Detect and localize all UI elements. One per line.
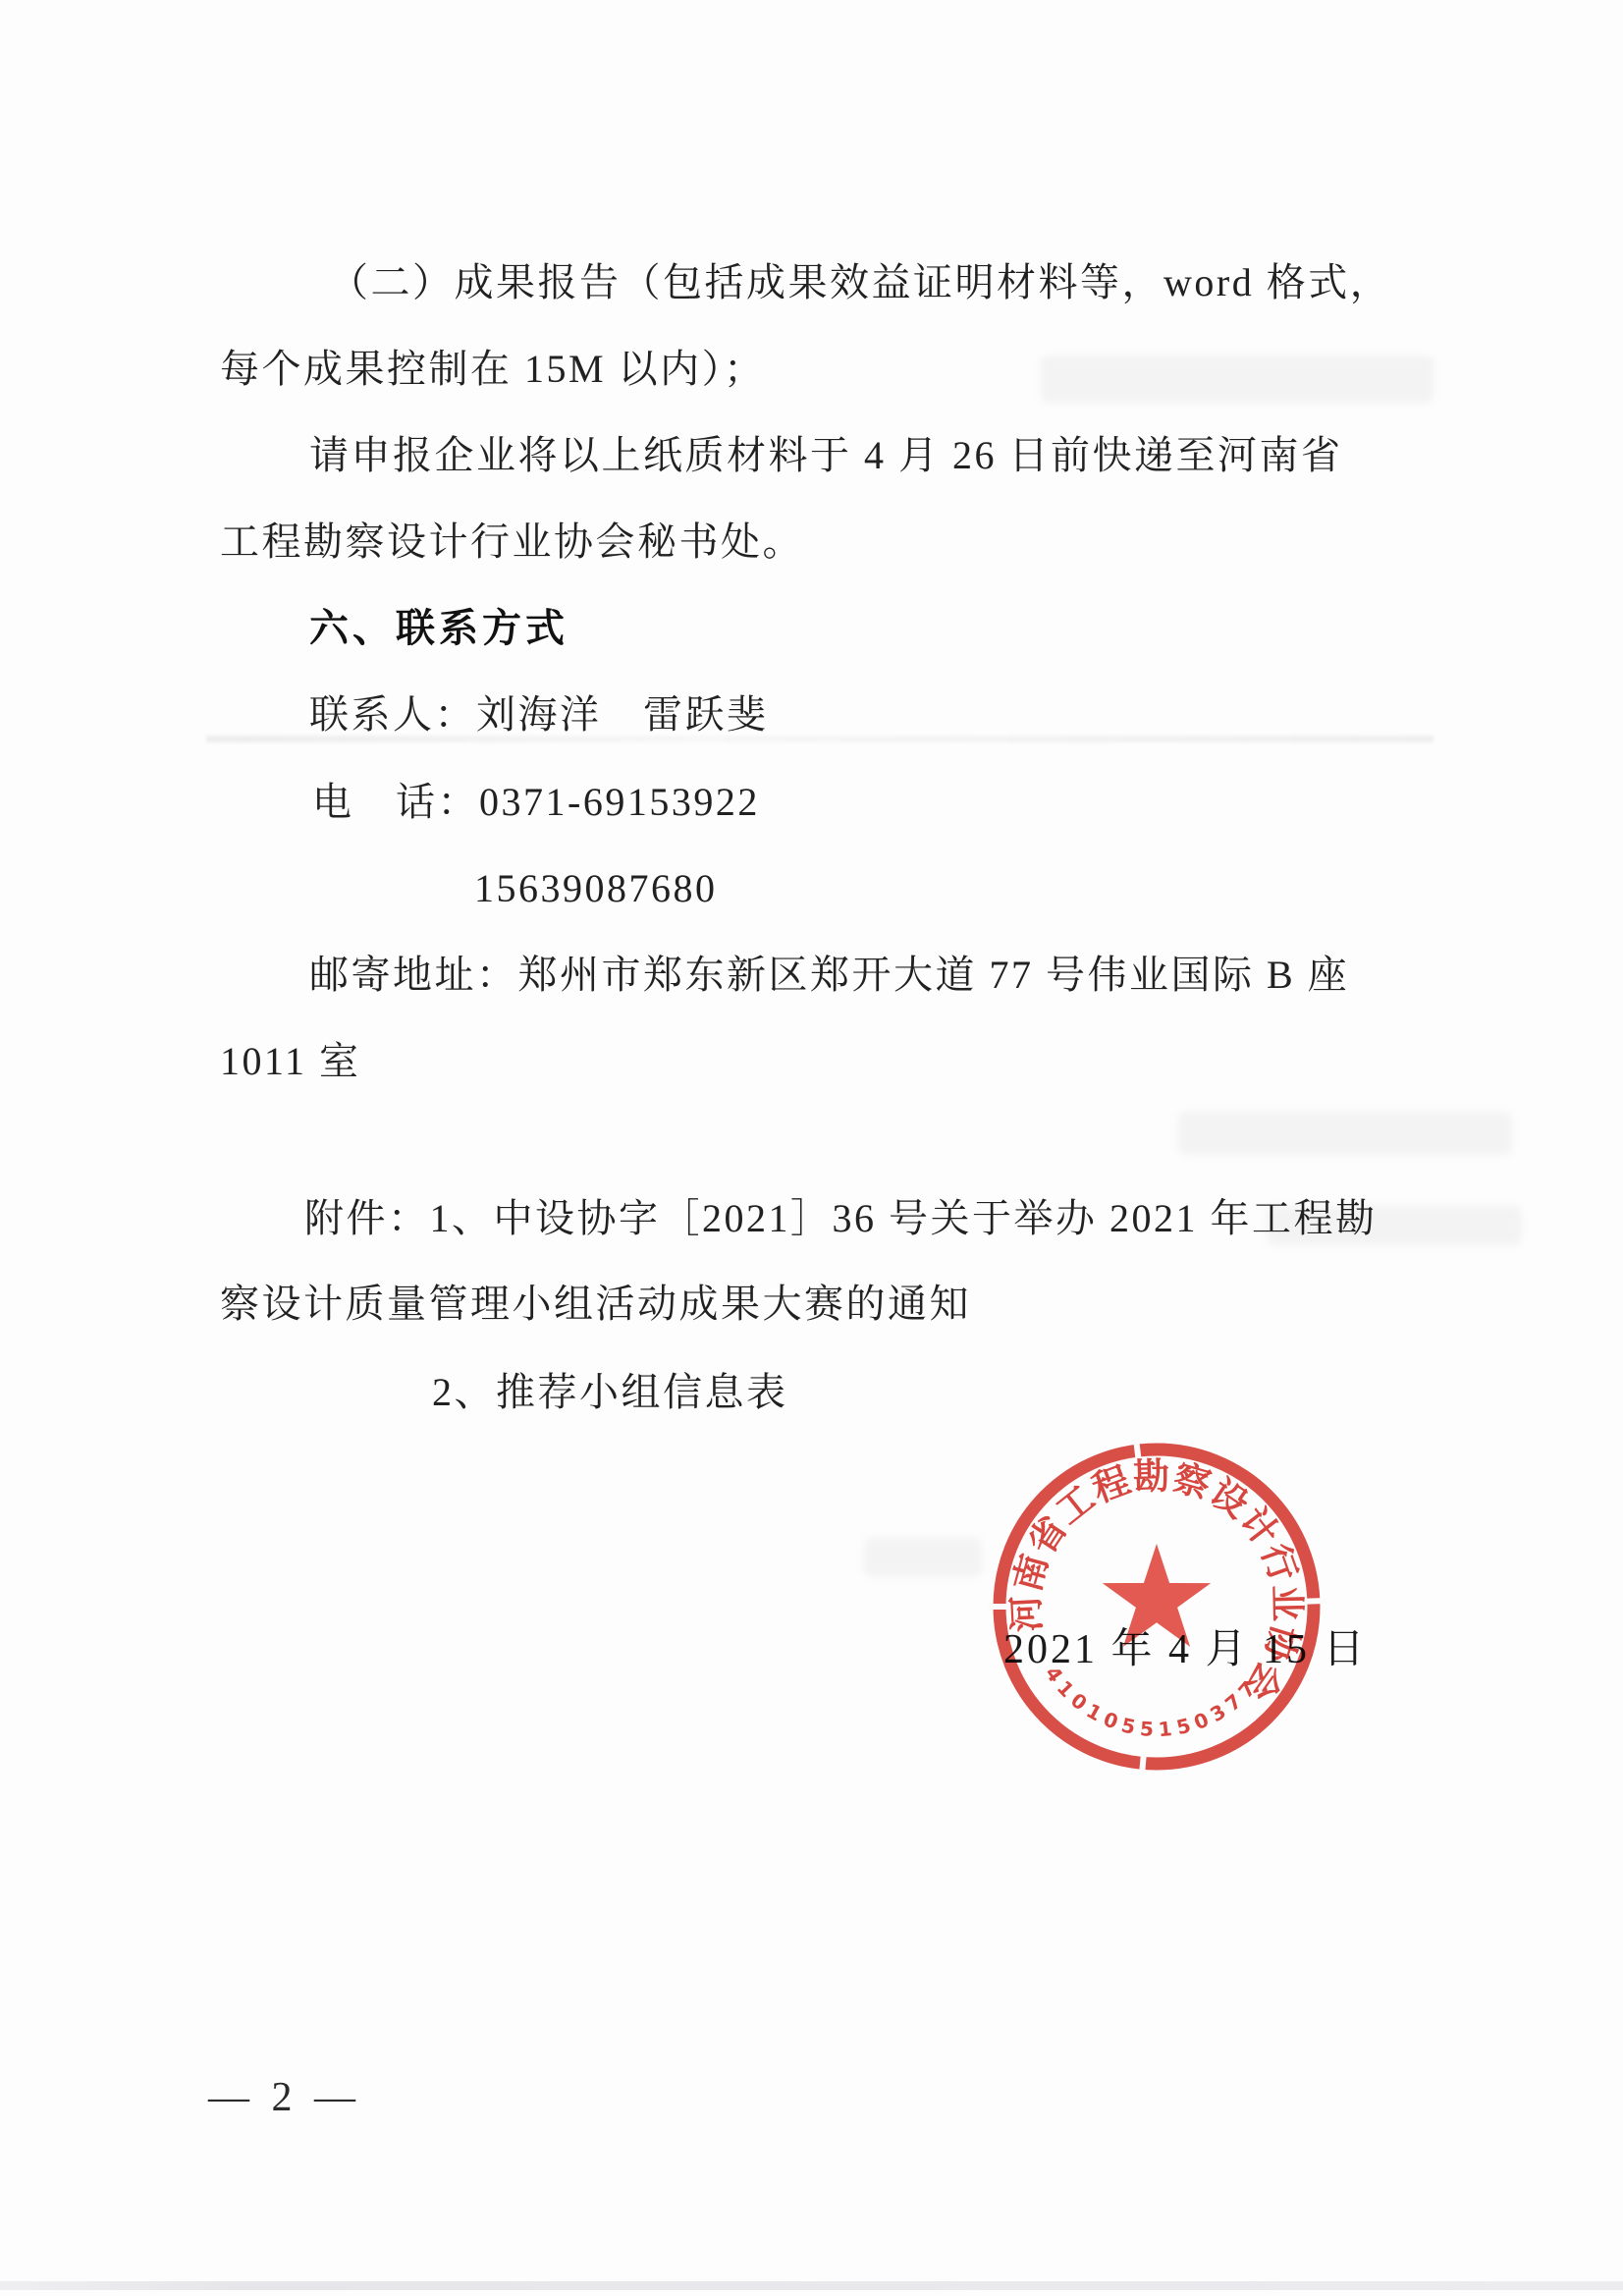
body-line: （二）成果报告（包括成果效益证明材料等，word 格式， [329,260,1391,305]
bleedthrough-smudge [864,1538,982,1577]
seal-serial-number: 4101055150377 [1041,1662,1265,1741]
official-seal: 河南省工程勘察设计行业协会 4101055150377 [982,1432,1331,1781]
mailing-address-line: 邮寄地址：郑州市郑东新区郑开大道 77 号伟业国际 B 座 [309,953,1349,998]
attachment-line: 附件：1、中设协字［2021］36 号关于举办 2021 年工程勘 [304,1196,1378,1241]
attachment-line: 2、推荐小组信息表 [432,1370,788,1415]
scan-edge-shadow [0,2281,1623,2290]
star-icon [1103,1544,1211,1647]
body-line: 请申报企业将以上纸质材料于 4 月 26 日前快递至河南省 [309,433,1343,478]
body-line: 工程勘察设计行业协会秘书处。 [220,519,804,565]
page-number: — 2 — [208,2074,361,2121]
section-heading-contact: 六、联系方式 [309,606,568,651]
mailing-address-line: 1011 室 [220,1039,361,1084]
document-page: （二）成果报告（包括成果效益证明材料等，word 格式， 每个成果控制在 15M… [0,0,1623,2296]
mobile-line: 15639087680 [474,866,718,911]
attachment-line: 察设计质量管理小组活动成果大赛的通知 [220,1282,971,1327]
body-line: 每个成果控制在 15M 以内）； [220,347,766,392]
phone-line: 电 话：0371-69153922 [312,780,760,825]
bleedthrough-smudge [1041,355,1434,403]
contact-person-line: 联系人：刘海洋 雷跃斐 [309,692,769,738]
bleedthrough-smudge [1178,1112,1512,1155]
